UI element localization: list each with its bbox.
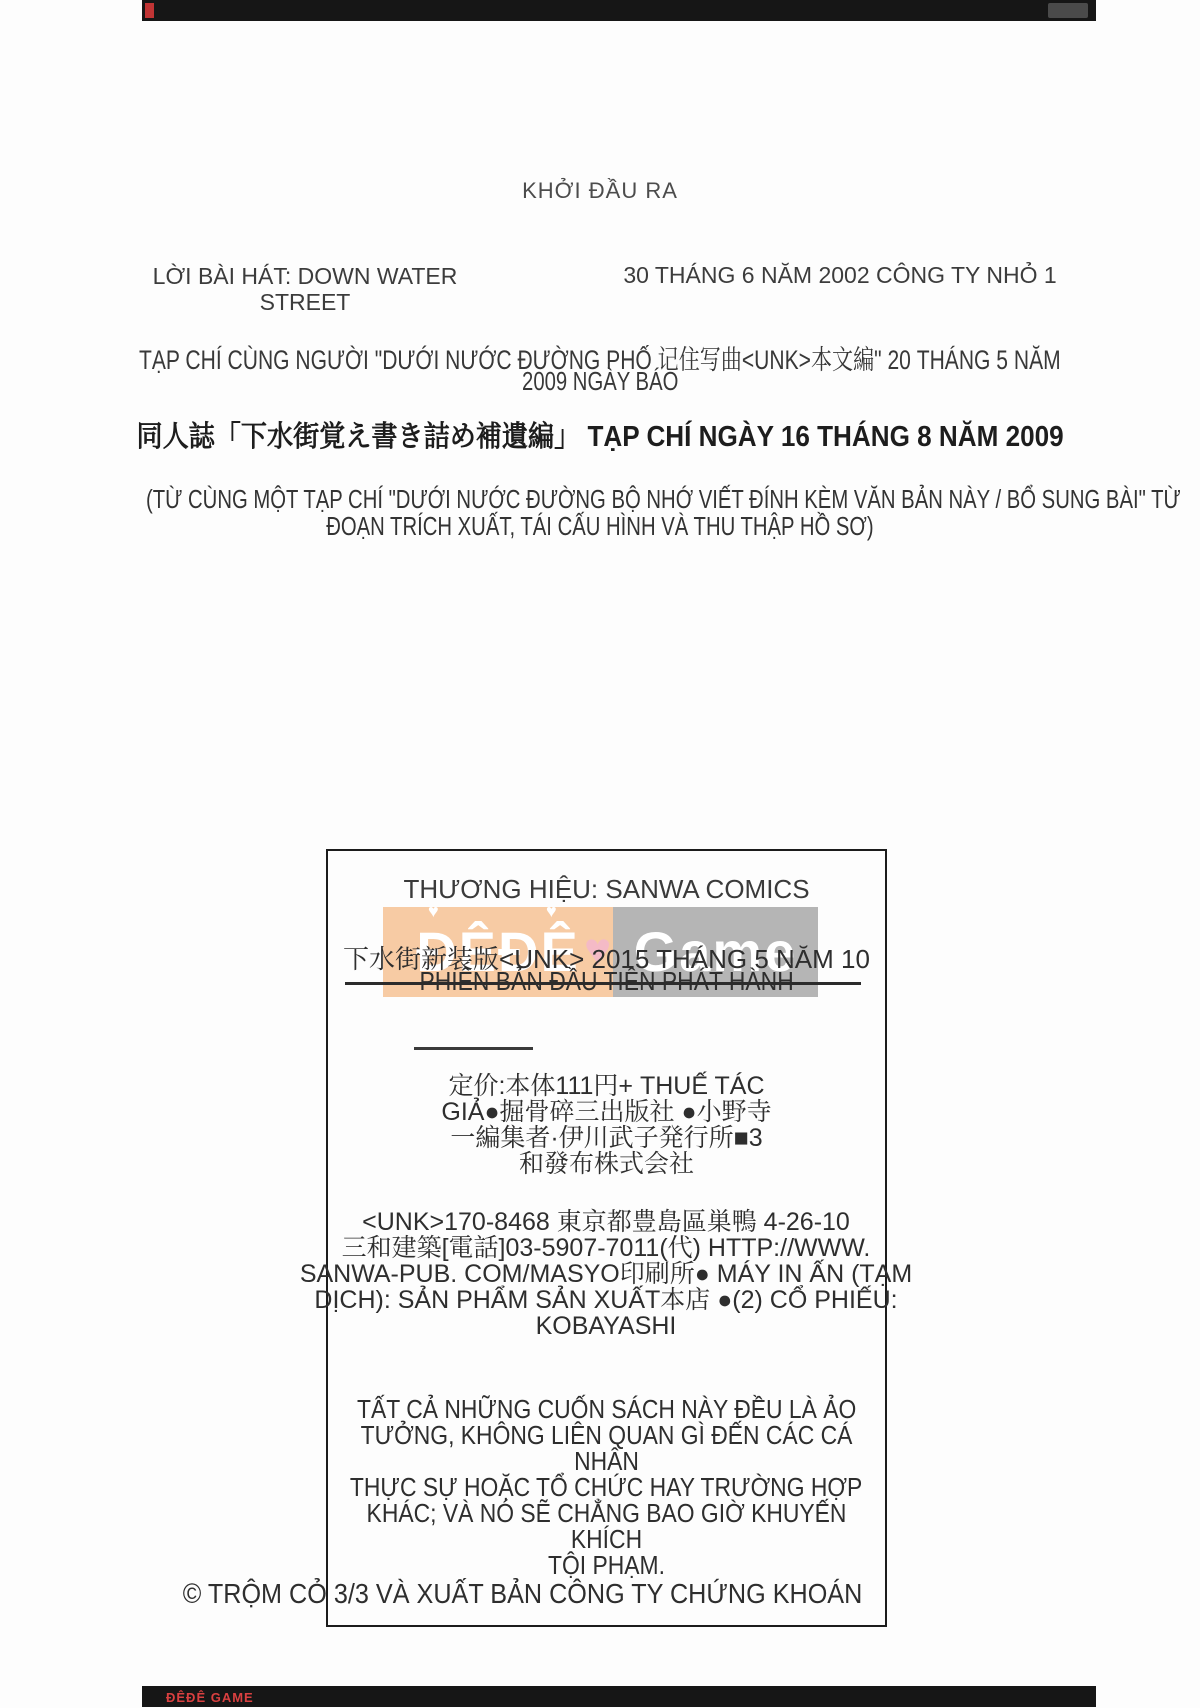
- brand-line: THƯƠNG HIỆU: SANWA COMICS: [326, 874, 887, 905]
- disclaimer-line: TẤT CẢ NHỮNG CUỐN SÁCH NÀY ĐỀU LÀ ẢO: [357, 1396, 856, 1422]
- divider-rule: [414, 1047, 533, 1050]
- address-block: <UNK>170-8468 東京都豊島區巣鴨 4-26-10 三和建築[電話]0…: [276, 1209, 936, 1339]
- price-line: 定价:本体111円+ THUẾ TÁC: [326, 1073, 887, 1099]
- address-line: <UNK>170-8468 東京都豊島區巣鴨 4-26-10: [276, 1209, 936, 1235]
- bottom-banner[interactable]: ĐÊĐÊ GAME: [142, 1686, 1096, 1707]
- bottom-banner-text: ĐÊĐÊ GAME: [166, 1690, 254, 1705]
- disclaimer-line: TỘI PHẠM.: [548, 1552, 665, 1578]
- source-note: (TỪ CÙNG MỘT TẠP CHÍ "DƯỚI NƯỚC ĐƯỜNG BỘ…: [0, 486, 1200, 540]
- heart-icon: ♥: [428, 901, 439, 922]
- journal-reference-line2: 2009 NGÀY BÁO: [0, 366, 1200, 397]
- disclaimer-block: TẤT CẢ NHỮNG CUỐN SÁCH NÀY ĐỀU LÀ ẢO TƯỞ…: [300, 1396, 913, 1578]
- banner-close-button[interactable]: [1048, 3, 1088, 18]
- page-title: KHỞI ĐẦU RA: [0, 178, 1200, 204]
- address-line: 三和建築[電話]03-5907-7011(代) HTTP://WWW.: [276, 1235, 936, 1261]
- disclaimer-line: TƯỞNG, KHÔNG LIÊN QUAN GÌ ĐẾN CÁC CÁ NHÂ…: [337, 1422, 876, 1474]
- top-banner[interactable]: [142, 0, 1096, 21]
- banner-accent: [145, 3, 154, 18]
- document-page: KHỞI ĐẦU RA LỜI BÀI HÁT: DOWN WATER STRE…: [0, 0, 1200, 1708]
- price-block: 定价:本体111円+ THUẾ TÁC GIẢ●掘骨碎三出版社 ●小野寺 一編集…: [326, 1073, 887, 1177]
- song-title: LỜI BÀI HÁT: DOWN WATER STREET: [105, 263, 505, 315]
- source-note-line1: (TỪ CÙNG MỘT TẠP CHÍ "DƯỚI NƯỚC ĐƯỜNG BỘ…: [146, 486, 1181, 513]
- address-line: DỊCH): SẢN PHẨM SẢN XUẤT本店 ●(2) CỔ PHIẾU…: [276, 1287, 936, 1313]
- address-line: SANWA-PUB. COM/MASYO印刷所● MÁY IN ẤN (TẠM: [276, 1261, 936, 1287]
- price-line: GIẢ●掘骨碎三出版社 ●小野寺: [326, 1099, 887, 1125]
- address-line: KOBAYASHI: [276, 1313, 936, 1339]
- source-note-line2: ĐOẠN TRÍCH XUẤT, TÁI CẤU HÌNH VÀ THU THẬ…: [326, 513, 873, 540]
- song-title-line1: LỜI BÀI HÁT: DOWN WATER: [105, 263, 505, 289]
- heart-icon: ♥: [546, 901, 557, 922]
- price-line: 和發布株式会社: [326, 1151, 887, 1177]
- doujin-title: 同人誌「下水街覚え書き詰め補遺編」 TẠP CHÍ NGÀY 16 THÁNG …: [0, 421, 1200, 453]
- price-line: 一編集者·伊川武子発行所■3: [326, 1125, 887, 1151]
- disclaimer-line: THỰC SỰ HOẶC TỔ CHỨC HAY TRƯỜNG HỢP: [350, 1474, 862, 1500]
- date-company-line: 30 THÁNG 6 NĂM 2002 CÔNG TY NHỎ 1: [610, 262, 1070, 289]
- disclaimer-line: KHÁC; VÀ NÓ SẼ CHẲNG BAO GIỜ KHUYẾN KHÍC…: [337, 1500, 876, 1552]
- copyright-line: © TRỘM CỎ 3/3 VÀ XUẤT BẢN CÔNG TY CHỨNG …: [145, 1578, 885, 1610]
- strikethrough-rule: [345, 982, 861, 985]
- song-title-line2: STREET: [105, 289, 505, 315]
